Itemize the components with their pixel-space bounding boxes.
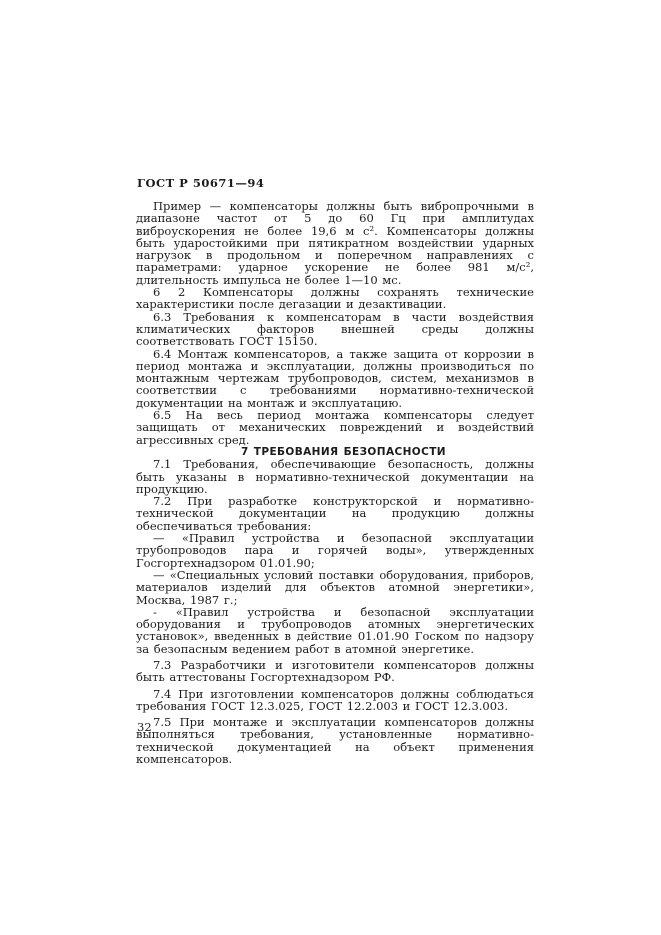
paragraph-7-5: 7.5 При монтаже и эксплуатации компенсат… [136, 716, 534, 765]
paragraph-6-2: 6 2 Компенсаторы должны сохранять технич… [136, 286, 534, 311]
paragraph-6-5: 6.5 На весь период монтажа компенсаторы … [136, 409, 534, 446]
bullet-rules-atomic-installations: - «Правил устройства и безопасной эксплу… [136, 606, 534, 655]
running-header: ГОСТ Р 50671—94 [137, 176, 264, 190]
body-text: Пример — компенсаторы должны быть виброп… [136, 200, 534, 765]
bullet-special-supply-conditions: — «Специальных условий поставки оборудов… [136, 569, 534, 606]
page-number: 32 [137, 720, 152, 734]
paragraph-7-4: 7.4 При изготовлении компенсаторов должн… [136, 688, 534, 713]
document-page: ГОСТ Р 50671—94 Пример — компенсаторы до… [0, 0, 661, 935]
paragraph-7-1: 7.1 Требования, обеспечивающие безопасно… [136, 458, 534, 495]
paragraph-7-3: 7.3 Разработчики и изготовители компенса… [136, 659, 534, 684]
paragraph-6-4: 6.4 Монтаж компенсаторов, а также защита… [136, 348, 534, 409]
paragraph-7-2: 7.2 При разработке конструкторской и нор… [136, 495, 534, 532]
bullet-rules-steam-pipelines: — «Правил устройства и безопасной эксплу… [136, 532, 534, 569]
paragraph-6-3: 6.3 Требования к компенсаторам в части в… [136, 311, 534, 348]
paragraph-example: Пример — компенсаторы должны быть виброп… [136, 200, 534, 286]
